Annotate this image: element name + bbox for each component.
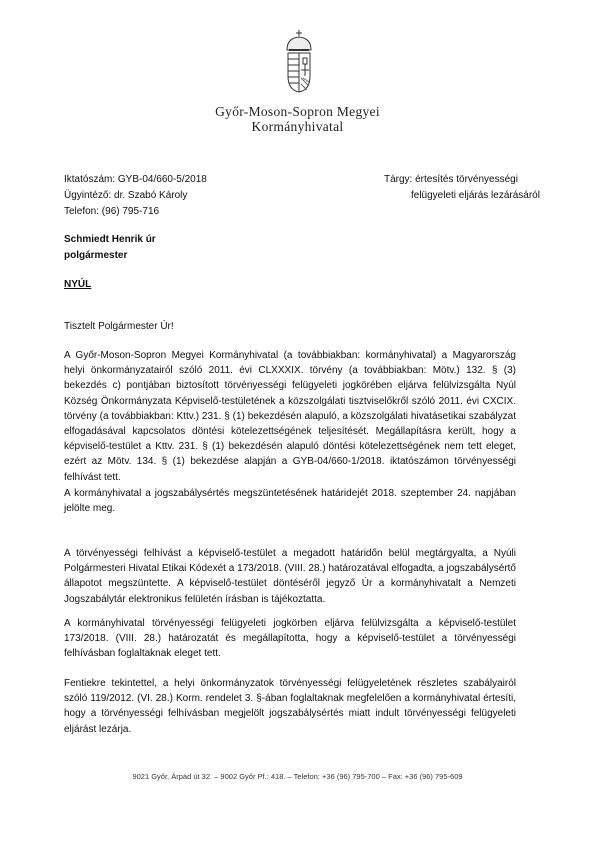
phone-number: Telefon: (96) 795-716: [64, 204, 207, 220]
reference-number: Iktatószám: GYB-04/660-5/2018: [64, 172, 207, 188]
coat-of-arms-icon: [281, 28, 317, 94]
body-paragraph: A kormányhivatal törvényességi felügyele…: [64, 616, 516, 662]
subject-line-2: felügyeleti eljárás lezárásáról: [384, 188, 540, 204]
recipient-block: Schmiedt Henrik úr polgármester: [64, 232, 156, 264]
salutation: Tisztelt Polgármester Úr!: [64, 321, 174, 332]
reference-block: Iktatószám: GYB-04/660-5/2018 Ügyintéző:…: [64, 172, 207, 220]
footer-contact: 9021 Győr, Árpád út 32. – 9002 Győr Pf.:…: [0, 772, 595, 781]
subject-line-1: Tárgy: értesítés törvényességi: [384, 172, 540, 188]
case-handler: Ügyintéző: dr. Szabó Károly: [64, 188, 207, 204]
organization-subtitle: Kormányhivatal: [0, 119, 595, 135]
recipient-name: Schmiedt Henrik úr: [64, 232, 156, 248]
body-paragraph: A kormányhivatal a jogszabálysértés megs…: [64, 486, 516, 516]
body-paragraph: Fentiekre tekintettel, a helyi önkormány…: [64, 676, 516, 737]
subject-block: Tárgy: értesítés törvényességi felügyele…: [384, 172, 540, 204]
recipient-title: polgármester: [64, 248, 156, 264]
body-paragraph: A Győr-Moson-Sopron Megyei Kormányhivata…: [64, 348, 516, 485]
recipient-city: NYÚL: [64, 279, 91, 290]
organization-name: Győr-Moson-Sopron Megyei: [0, 104, 595, 120]
body-paragraph: A törvényességi felhívást a képviselő-te…: [64, 546, 516, 607]
